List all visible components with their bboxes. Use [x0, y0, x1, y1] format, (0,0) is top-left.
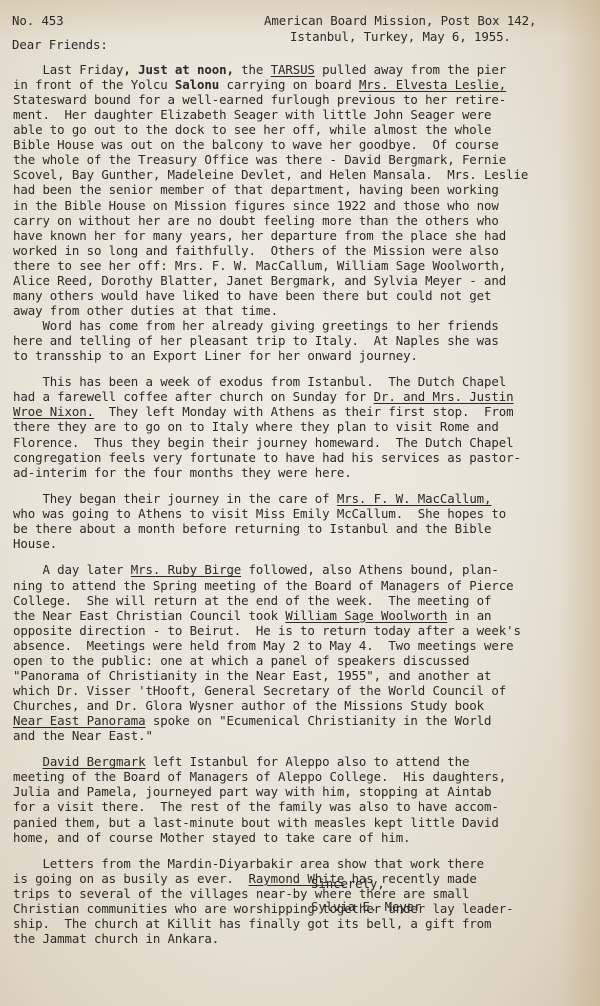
text-span: away from other duties at that time. [13, 303, 278, 318]
body-line: ship. The church at Killit has finally g… [13, 917, 491, 931]
body-line: be there about a month before returning … [13, 522, 491, 536]
body-line: Word has come from her already giving gr… [13, 319, 499, 333]
text-span: be there about a month before returning … [13, 521, 491, 536]
body-line: opposite direction - to Beirut. He is to… [13, 624, 521, 638]
underlined-text: Dr. and Mrs. Justin [374, 389, 514, 404]
body-line: Last Friday, Just at noon, the TARSUS pu… [13, 63, 506, 77]
body-line: panied them, but a last-minute bout with… [13, 816, 499, 830]
body-line: is going on as busily as ever. Raymond W… [13, 872, 477, 886]
text-span: have known her for many years, her depar… [13, 228, 506, 243]
text-span: Last Friday [13, 62, 123, 77]
body-line: Julia and Pamela, journeyed part way wit… [13, 785, 491, 799]
text-span: opposite direction - to Beirut. He is to… [13, 623, 521, 638]
text-span: College. She will return at the end of t… [13, 593, 491, 608]
salutation: Dear Friends: [12, 38, 108, 52]
body-line: for a visit there. The rest of the famil… [13, 800, 499, 814]
bold-text: Salonu [175, 77, 219, 92]
body-line: Bible House was out on the balcony to wa… [13, 138, 499, 152]
body-line: in front of the Yolcu Salonu carrying on… [13, 78, 506, 92]
text-span: "Panorama of Christianity in the Near Ea… [13, 668, 491, 683]
body-line: the Near East Christian Council took Wil… [13, 609, 491, 623]
text-span: is going on as busily as ever. [13, 871, 249, 886]
body-line: meeting of the Board of Managers of Alep… [13, 770, 506, 784]
underlined-text: Mrs. Elvesta Leslie, [359, 77, 506, 92]
body-line: open to the public: one at which a panel… [13, 654, 469, 668]
body-line: who was going to Athens to visit Miss Em… [13, 507, 506, 521]
body-line: Christian communities who are worshippin… [13, 902, 513, 916]
body-line: Churches, and Dr. Glora Wysner author of… [13, 699, 484, 713]
body-line: Wroe Nixon. They left Monday with Athens… [13, 405, 513, 419]
underlined-text: Mrs. Ruby Birge [131, 562, 241, 577]
paper-edge-shadow-right [560, 0, 600, 1006]
body-line: in the Bible House on Mission figures si… [13, 199, 499, 213]
body-line: ad-interim for the four months they were… [13, 466, 352, 480]
body-line: which Dr. Visser 'tHooft, General Secret… [13, 684, 506, 698]
text-span: Word has come from her already giving gr… [13, 318, 499, 333]
text-span: open to the public: one at which a panel… [13, 653, 469, 668]
sender-address-line-1: American Board Mission, Post Box 142, [264, 14, 536, 28]
underlined-text: TARSUS [271, 62, 315, 77]
text-span: the whole of the Treasury Office was the… [13, 152, 506, 167]
body-line: College. She will return at the end of t… [13, 594, 491, 608]
body-line: ment. Her daughter Elizabeth Seager with… [13, 108, 491, 122]
text-span: the Near East Christian Council took [13, 608, 285, 623]
closing: Sincerely, [311, 877, 385, 891]
body-line: there they are to go on to Italy where t… [13, 420, 499, 434]
text-span: A day later [13, 562, 131, 577]
text-span: followed, also Athens bound, plan- [241, 562, 499, 577]
text-span: home, and of course Mother stayed to tak… [13, 830, 410, 845]
text-span: carrying on board [219, 77, 359, 92]
text-span: spoke on "Ecumenical Christianity in the… [145, 713, 491, 728]
underlined-text: Near East Panorama [13, 713, 145, 728]
body-line: "Panorama of Christianity in the Near Ea… [13, 669, 491, 683]
signature: Sylvia E. Meyer [311, 900, 421, 914]
body-line: and the Near East." [13, 729, 153, 743]
body-line: carry on without her are no doubt feelin… [13, 214, 499, 228]
body-line: Alice Reed, Dorothy Blatter, Janet Bergm… [13, 274, 506, 288]
body-line: absence. Meetings were held from May 2 t… [13, 639, 513, 653]
text-span: Julia and Pamela, journeyed part way wit… [13, 784, 491, 799]
text-span: Churches, and Dr. Glora Wysner author of… [13, 698, 484, 713]
text-span: Statesward bound for a well-earned furlo… [13, 92, 506, 107]
body-line: there to see her off: Mrs. F. W. MacCall… [13, 259, 506, 273]
text-span: had been the senior member of that depar… [13, 182, 499, 197]
body-line: This has been a week of exodus from Ista… [13, 375, 506, 389]
body-line: Scovel, Bay Gunther, Madeleine Devlet, a… [13, 168, 528, 182]
body-line: to transship to an Export Liner for her … [13, 349, 418, 363]
text-span: Letters from the Mardin-Diyarbakir area … [13, 856, 484, 871]
text-span: there they are to go on to Italy where t… [13, 419, 499, 434]
body-line: the Jammat church in Ankara. [13, 932, 219, 946]
body-line: away from other duties at that time. [13, 304, 278, 318]
text-span: ship. The church at Killit has finally g… [13, 916, 491, 931]
bold-text: , Just at noon, [123, 62, 233, 77]
text-span: to transship to an Export Liner for her … [13, 348, 418, 363]
text-span: in the Bible House on Mission figures si… [13, 198, 499, 213]
text-span: carry on without her are no doubt feelin… [13, 213, 499, 228]
body-line: had a farewell coffee after church on Su… [13, 390, 513, 404]
body-line: able to go out to the dock to see her of… [13, 123, 491, 137]
text-span: Florence. Thus they begin their journey … [13, 435, 513, 450]
text-span: worked in so long and faithfully. Others… [13, 243, 499, 258]
body-line: Near East Panorama spoke on "Ecumenical … [13, 714, 491, 728]
body-line: home, and of course Mother stayed to tak… [13, 831, 410, 845]
body-line: David Bergmark left Istanbul for Aleppo … [13, 755, 469, 769]
body-line: many others would have liked to have bee… [13, 289, 491, 303]
text-span: which Dr. Visser 'tHooft, General Secret… [13, 683, 506, 698]
text-span: ment. Her daughter Elizabeth Seager with… [13, 107, 491, 122]
text-span: ad-interim for the four months they were… [13, 465, 352, 480]
text-span: the Jammat church in Ankara. [13, 931, 219, 946]
text-span: who was going to Athens to visit Miss Em… [13, 506, 506, 521]
body-line: had been the senior member of that depar… [13, 183, 499, 197]
text-span: Alice Reed, Dorothy Blatter, Janet Bergm… [13, 273, 506, 288]
text-span: in an [447, 608, 491, 623]
text-span: and the Near East." [13, 728, 153, 743]
letter-number: No. 453 [12, 14, 64, 28]
sender-address-line-2: Istanbul, Turkey, May 6, 1955. [290, 30, 511, 44]
text-span: Christian communities who are worshippin… [13, 901, 513, 916]
text-span: absence. Meetings were held from May 2 t… [13, 638, 513, 653]
text-span: the [234, 62, 271, 77]
text-span: ning to attend the Spring meeting of the… [13, 578, 513, 593]
body-line: worked in so long and faithfully. Others… [13, 244, 499, 258]
text-span: congregation feels very fortunate to hav… [13, 450, 521, 465]
body-line: House. [13, 537, 57, 551]
underlined-text: William Sage Woolworth [285, 608, 447, 623]
text-span: panied them, but a last-minute bout with… [13, 815, 499, 830]
text-span: had a farewell coffee after church on Su… [13, 389, 374, 404]
body-line: the whole of the Treasury Office was the… [13, 153, 506, 167]
text-span: there to see her off: Mrs. F. W. MacCall… [13, 258, 506, 273]
text-span: many others would have liked to have bee… [13, 288, 491, 303]
text-span: for a visit there. The rest of the famil… [13, 799, 499, 814]
text-span: House. [13, 536, 57, 551]
text-span: able to go out to the dock to see her of… [13, 122, 491, 137]
body-line: Florence. Thus they begin their journey … [13, 436, 513, 450]
body-line: ning to attend the Spring meeting of the… [13, 579, 513, 593]
body-line: They began their journey in the care of … [13, 492, 491, 506]
text-span: Scovel, Bay Gunther, Madeleine Devlet, a… [13, 167, 528, 182]
body-line: A day later Mrs. Ruby Birge followed, al… [13, 563, 499, 577]
underlined-text: David Bergmark [42, 754, 145, 769]
body-line: congregation feels very fortunate to hav… [13, 451, 521, 465]
underlined-text: Mrs. F. W. MacCallum, [337, 491, 492, 506]
text-span: Bible House was out on the balcony to wa… [13, 137, 499, 152]
text-span: pulled away from the pier [315, 62, 506, 77]
body-line: Letters from the Mardin-Diyarbakir area … [13, 857, 484, 871]
body-line: here and telling of her pleasant trip to… [13, 334, 499, 348]
text-span: They began their journey in the care of [13, 491, 337, 506]
body-line: Statesward bound for a well-earned furlo… [13, 93, 506, 107]
text-span: here and telling of her pleasant trip to… [13, 333, 499, 348]
text-span: in front of the Yolcu [13, 77, 175, 92]
body-line: have known her for many years, her depar… [13, 229, 506, 243]
text-span: left Istanbul for Aleppo also to attend … [146, 754, 470, 769]
text-span: meeting of the Board of Managers of Alep… [13, 769, 506, 784]
text-span: They left Monday with Athens as their fi… [94, 404, 514, 419]
text-span: This has been a week of exodus from Ista… [13, 374, 506, 389]
text-span [13, 754, 42, 769]
underlined-text: Wroe Nixon. [13, 404, 94, 419]
